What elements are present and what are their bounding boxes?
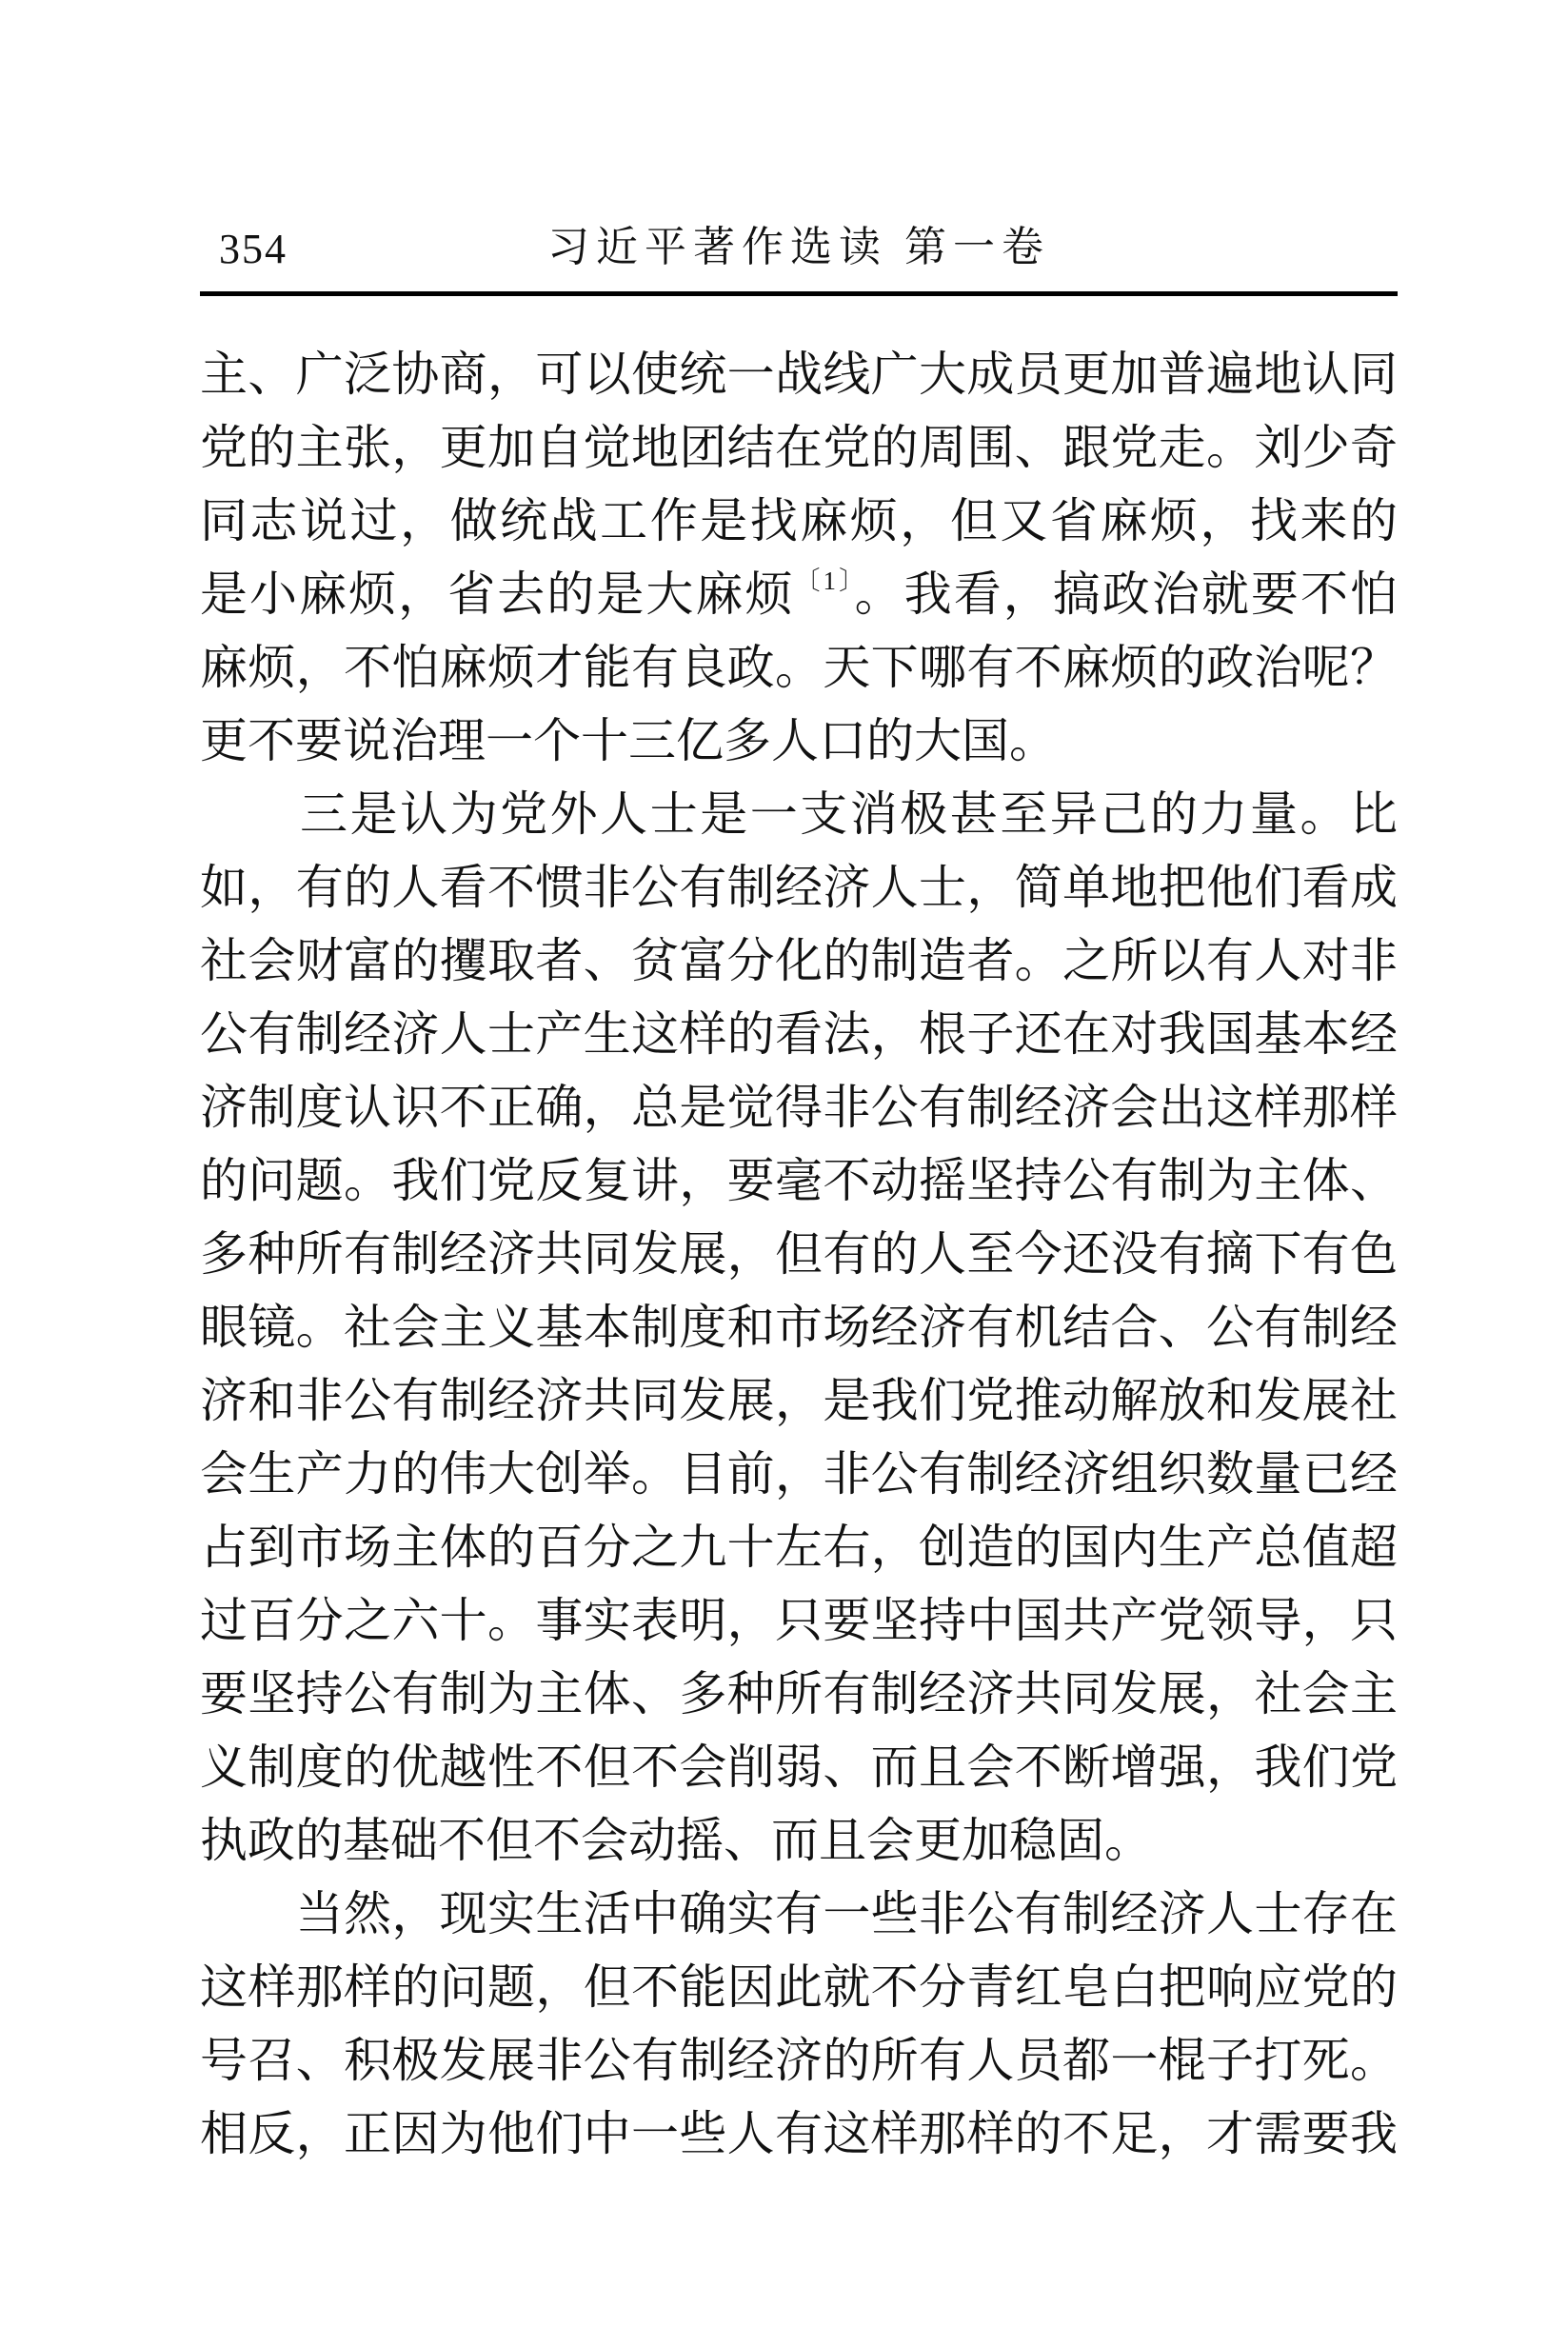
text-line: 同志说过，做统战工作是找麻烦，但又省麻烦，找来的 [200, 485, 1398, 558]
text-line: 的问题。我们党反复讲，要毫不动摇坚持公有制为主体、 [200, 1144, 1398, 1218]
text-line: 当然，现实生活中确实有一些非公有制经济人士存在 [200, 1878, 1398, 1951]
text-line: 执政的基础不但不会动摇、而且会更加稳固。 [200, 1804, 1398, 1878]
text-line: 多种所有制经济共同发展，但有的人至今还没有摘下有色 [200, 1218, 1398, 1291]
text-line: 主、广泛协商，可以使统一战线广大成员更加普遍地认同 [200, 338, 1398, 411]
page-header: 354 习近平著作选读 第一卷 [200, 223, 1398, 284]
paragraph: 当然，现实生活中确实有一些非公有制经济人士存在这样那样的问题，但不能因此就不分青… [200, 1878, 1398, 2171]
paragraph: 主、广泛协商，可以使统一战线广大成员更加普遍地认同党的主张，更加自觉地团结在党的… [200, 338, 1398, 778]
text-line: 眼镜。社会主义基本制度和市场经济有机结合、公有制经 [200, 1291, 1398, 1364]
book-title: 习近平著作选读 第一卷 [200, 227, 1398, 269]
text-line: 济和非公有制经济共同发展，是我们党推动解放和发展社 [200, 1364, 1398, 1438]
text-line: 社会财富的攫取者、贫富分化的制造者。之所以有人对非 [200, 925, 1398, 998]
text-line: 是小麻烦，省去的是大麻烦〔1〕。我看，搞政治就要不怕 [200, 558, 1398, 631]
text-line: 麻烦，不怕麻烦才能有良政。天下哪有不麻烦的政治呢？ [200, 631, 1398, 705]
text-line: 公有制经济人士产生这样的看法，根子还在对我国基本经 [200, 998, 1398, 1071]
text-line: 这样那样的问题，但不能因此就不分青红皂白把响应党的 [200, 1951, 1398, 2024]
book-page: 354 习近平著作选读 第一卷 主、广泛协商，可以使统一战线广大成员更加普遍地认… [0, 0, 1568, 2347]
text-line: 号召、积极发展非公有制经济的所有人员都一棍子打死。 [200, 2024, 1398, 2098]
text-line: 更不要说治理一个十三亿多人口的大国。 [200, 705, 1398, 778]
text-line: 过百分之六十。事实表明，只要坚持中国共产党领导，只 [200, 1584, 1398, 1658]
text-line: 三是认为党外人士是一支消极甚至异己的力量。比 [200, 778, 1398, 851]
text-line: 占到市场主体的百分之九十左右，创造的国内生产总值超 [200, 1511, 1398, 1584]
footnote-ref: 〔1〕 [794, 567, 854, 595]
text-line: 党的主张，更加自觉地团结在党的周围、跟党走。刘少奇 [200, 411, 1398, 485]
text-content: 主、广泛协商，可以使统一战线广大成员更加普遍地认同党的主张，更加自觉地团结在党的… [200, 338, 1398, 2171]
text-line: 义制度的优越性不但不会削弱、而且会不断增强，我们党 [200, 1731, 1398, 1804]
text-line: 如，有的人看不惯非公有制经济人士，简单地把他们看成 [200, 851, 1398, 925]
header-rule [200, 291, 1398, 296]
text-line: 会生产力的伟大创举。目前，非公有制经济组织数量已经 [200, 1438, 1398, 1511]
text-line: 相反，正因为他们中一些人有这样那样的不足，才需要我 [200, 2098, 1398, 2171]
paragraph: 三是认为党外人士是一支消极甚至异己的力量。比如，有的人看不惯非公有制经济人士，简… [200, 778, 1398, 1878]
text-line: 要坚持公有制为主体、多种所有制经济共同发展，社会主 [200, 1658, 1398, 1731]
text-line: 济制度认识不正确，总是觉得非公有制经济会出这样那样 [200, 1071, 1398, 1144]
